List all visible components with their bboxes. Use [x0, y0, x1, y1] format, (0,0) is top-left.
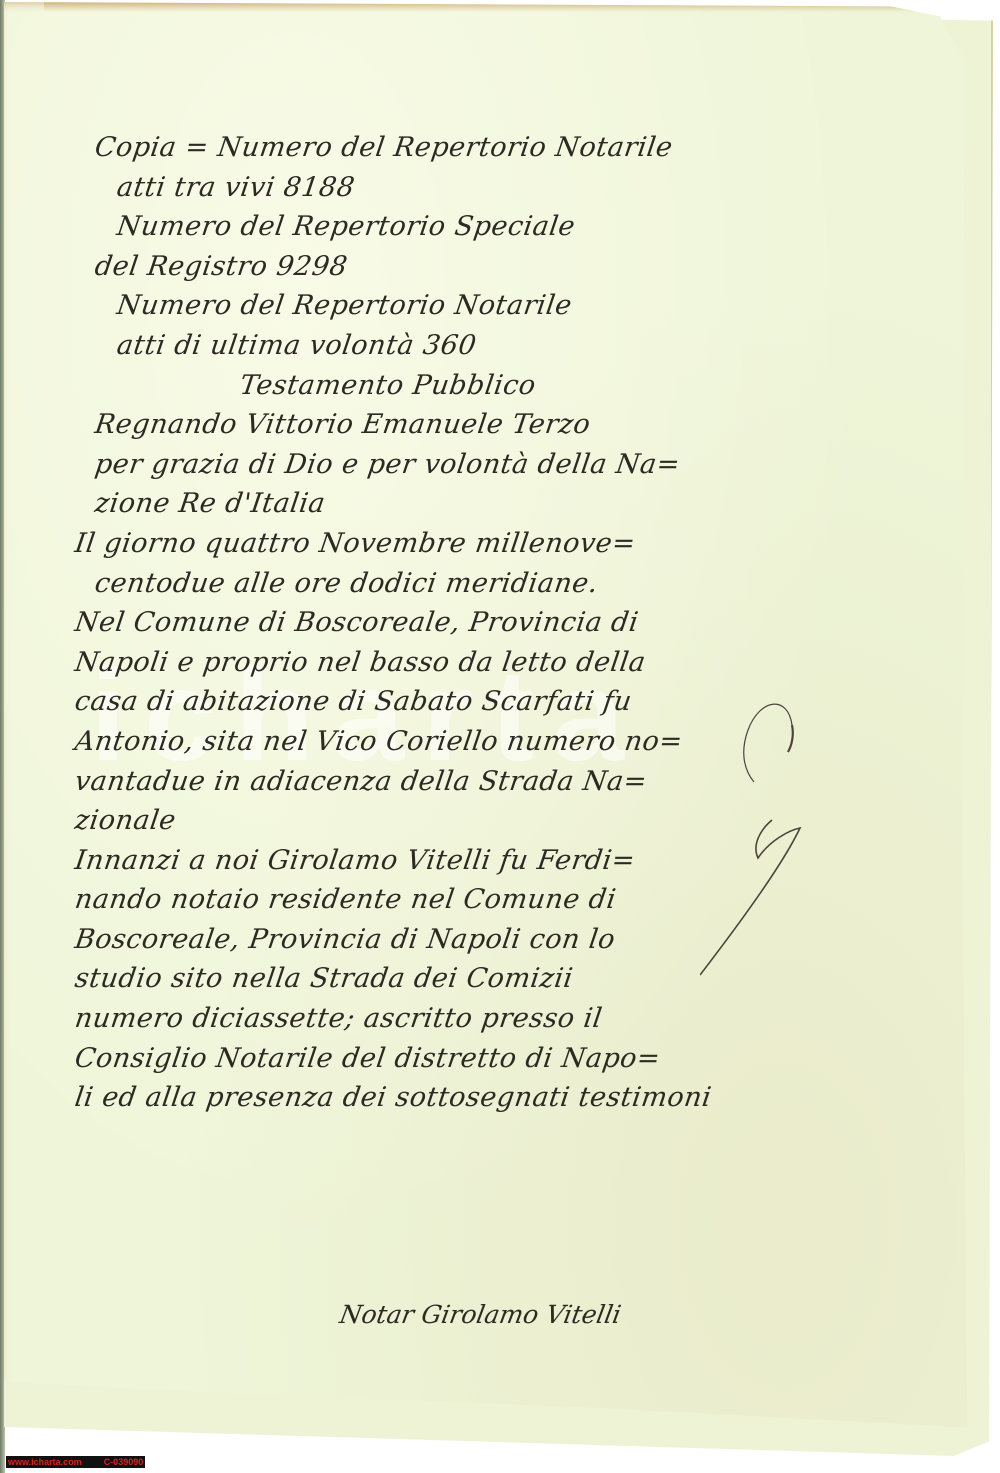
- manuscript-line: nando notaio residente nel Comune di: [72, 880, 758, 920]
- manuscript-line: Regnando Vittorio Emanuele Terzo: [92, 405, 758, 445]
- manuscript-line: Innanzi a noi Girolamo Vitelli fu Ferdi=: [72, 841, 758, 881]
- margin-flourish-icon: [700, 800, 810, 980]
- document-title: Testamento Pubblico: [92, 366, 758, 406]
- manuscript-line: Numero del Repertorio Speciale: [92, 207, 758, 247]
- manuscript-line: zionale: [72, 801, 758, 841]
- manuscript-line: studio sito nella Strada dei Comizii: [72, 959, 758, 999]
- manuscript-line: Napoli e proprio nel basso da letto dell…: [72, 643, 758, 683]
- manuscript-line: Nel Comune di Boscoreale, Provincia di: [72, 603, 758, 643]
- manuscript-text: Copia = Numero del Repertorio Notarile a…: [95, 128, 755, 1118]
- manuscript-line: atti di ultima volontà 360: [92, 326, 758, 366]
- manuscript-line: del Registro 9298: [92, 247, 758, 287]
- manuscript-line: Boscoreale, Provincia di Napoli con lo: [72, 920, 758, 960]
- scanned-page: icharta Copia = Numero del Repertorio No…: [0, 0, 1000, 1473]
- margin-bracket-icon: [740, 690, 800, 800]
- manuscript-line: li ed alla presenza dei sottosegnati tes…: [72, 1078, 758, 1118]
- notary-signature: Notar Girolamo Vitelli: [337, 1300, 623, 1329]
- watermark-label: www.icharta.com C-039090: [6, 1456, 145, 1468]
- watermark-code: C-039090: [104, 1457, 144, 1467]
- manuscript-line: zione Re d'Italia: [92, 484, 758, 524]
- manuscript-line: Numero del Repertorio Notarile: [92, 286, 758, 326]
- foxing-stain: [44, 2, 974, 12]
- manuscript-line: Copia = Numero del Repertorio Notarile: [92, 128, 758, 168]
- manuscript-line: numero diciassette; ascritto presso il: [72, 999, 758, 1039]
- manuscript-line: vantadue in adiacenza della Strada Na=: [72, 762, 758, 802]
- manuscript-line: atti tra vivi 8188: [92, 168, 758, 208]
- manuscript-line: centodue alle ore dodici meridiane.: [92, 564, 758, 604]
- manuscript-line: Il giorno quattro Novembre millenove=: [72, 524, 758, 564]
- manuscript-line: casa di abitazione di Sabato Scarfati fu: [72, 682, 758, 722]
- manuscript-line: Antonio, sita nel Vico Coriello numero n…: [72, 722, 758, 762]
- watermark-site: www.icharta.com: [8, 1457, 82, 1467]
- manuscript-line: Consiglio Notarile del distretto di Napo…: [72, 1039, 758, 1079]
- manuscript-line: per grazia di Dio e per volontà della Na…: [92, 445, 758, 485]
